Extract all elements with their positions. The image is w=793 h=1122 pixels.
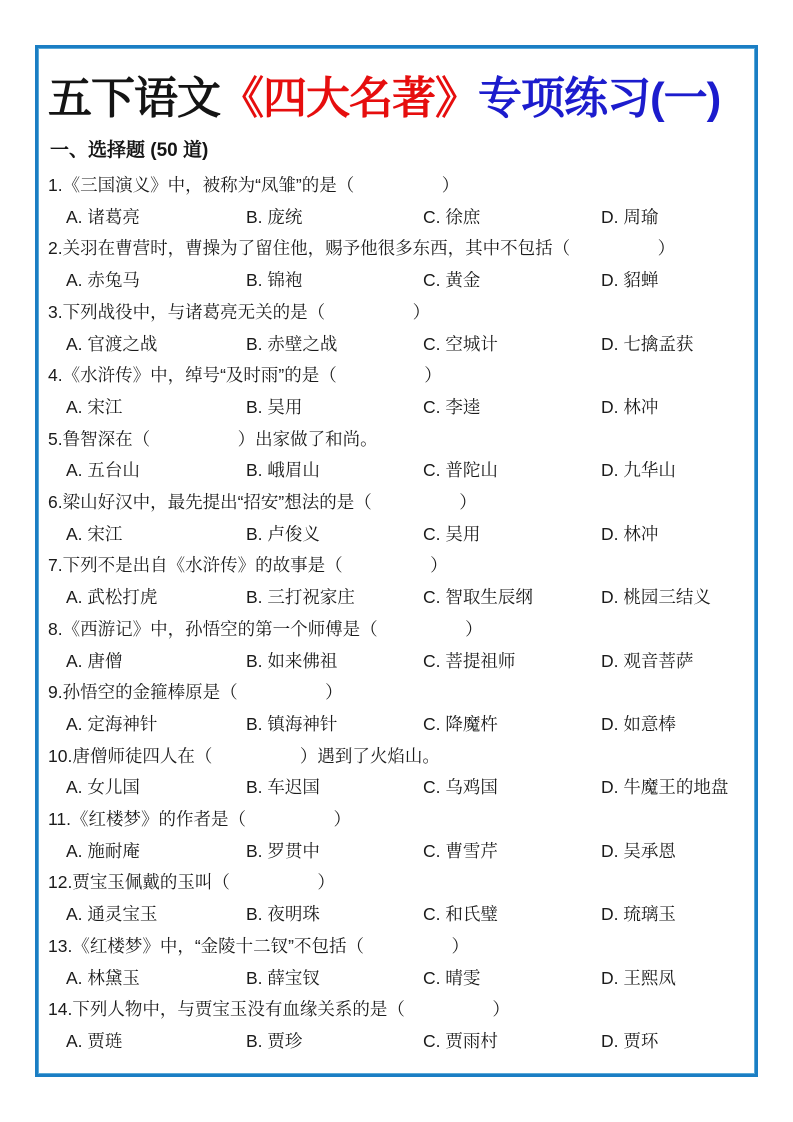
question-10: 10.唐僧师徒四人在（ ）遇到了火焰山。A. 女儿国B. 车迟国C. 乌鸡国D.… xyxy=(48,741,751,804)
question-text: 3.下列战役中，与诸葛亮无关的是（ ） xyxy=(48,297,751,329)
option-a: A. 唐僧 xyxy=(66,646,246,678)
options-row: A. 贾琏B. 贾珍C. 贾雨村D. 贾环 xyxy=(48,1026,751,1058)
options-row: A. 定海神针B. 镇海神针C. 降魔杵D. 如意棒 xyxy=(48,709,751,741)
options-row: A. 诸葛亮B. 庞统C. 徐庶D. 周瑜 xyxy=(48,202,751,234)
question-14: 14.下列人物中，与贾宝玉没有血缘关系的是（ ）A. 贾琏B. 贾珍C. 贾雨村… xyxy=(48,994,751,1057)
question-6: 6.梁山好汉中，最先提出“招安”想法的是（ ）A. 宋江B. 卢俊义C. 吴用D… xyxy=(48,487,751,550)
option-b: B. 峨眉山 xyxy=(246,455,423,487)
options-row: A. 赤兔马B. 锦袍C. 黄金D. 貂蝉 xyxy=(48,265,751,297)
option-d: D. 桃园三结义 xyxy=(601,582,751,614)
option-c: C. 智取生辰纲 xyxy=(423,582,601,614)
page-title: 五下语文《四大名著》专项练习(一) xyxy=(48,62,751,136)
options-row: A. 通灵宝玉B. 夜明珠C. 和氏璧D. 琉璃玉 xyxy=(48,899,751,931)
option-c: C. 普陀山 xyxy=(423,455,601,487)
options-row: A. 施耐庵B. 罗贯中C. 曹雪芹D. 吴承恩 xyxy=(48,836,751,868)
option-d: D. 吴承恩 xyxy=(601,836,751,868)
option-b: B. 镇海神针 xyxy=(246,709,423,741)
option-c: C. 和氏璧 xyxy=(423,899,601,931)
option-b: B. 车迟国 xyxy=(246,772,423,804)
option-d: D. 牛魔王的地盘 xyxy=(601,772,751,804)
option-d: D. 如意棒 xyxy=(601,709,751,741)
option-a: A. 定海神针 xyxy=(66,709,246,741)
options-row: A. 女儿国B. 车迟国C. 乌鸡国D. 牛魔王的地盘 xyxy=(48,772,751,804)
options-row: A. 五台山B. 峨眉山C. 普陀山D. 九华山 xyxy=(48,455,751,487)
option-a: A. 宋江 xyxy=(66,519,246,551)
option-c: C. 贾雨村 xyxy=(423,1026,601,1058)
question-text: 12.贾宝玉佩戴的玉叫（ ） xyxy=(48,867,751,899)
option-b: B. 庞统 xyxy=(246,202,423,234)
question-text: 14.下列人物中，与贾宝玉没有血缘关系的是（ ） xyxy=(48,994,751,1026)
options-row: A. 武松打虎B. 三打祝家庄C. 智取生辰纲D. 桃园三结义 xyxy=(48,582,751,614)
option-d: D. 观音菩萨 xyxy=(601,646,751,678)
option-a: A. 诸葛亮 xyxy=(66,202,246,234)
option-d: D. 貂蝉 xyxy=(601,265,751,297)
question-12: 12.贾宝玉佩戴的玉叫（ ）A. 通灵宝玉B. 夜明珠C. 和氏璧D. 琉璃玉 xyxy=(48,867,751,930)
option-a: A. 通灵宝玉 xyxy=(66,899,246,931)
question-text: 9.孙悟空的金箍棒原是（ ） xyxy=(48,677,751,709)
question-7: 7.下列不是出自《水浒传》的故事是（ ）A. 武松打虎B. 三打祝家庄C. 智取… xyxy=(48,550,751,613)
option-b: B. 锦袍 xyxy=(246,265,423,297)
option-b: B. 赤壁之战 xyxy=(246,329,423,361)
page-border-frame: 五下语文《四大名著》专项练习(一) 一、选择题 (50 道) 1.《三国演义》中… xyxy=(35,45,758,1077)
option-c: C. 乌鸡国 xyxy=(423,772,601,804)
question-text: 2.关羽在曹营时，曹操为了留住他，赐予他很多东西，其中不包括（ ） xyxy=(48,233,751,265)
question-1: 1.《三国演义》中，被称为“凤雏”的是（ ）A. 诸葛亮B. 庞统C. 徐庶D.… xyxy=(48,170,751,233)
option-c: C. 菩提祖师 xyxy=(423,646,601,678)
options-row: A. 林黛玉B. 薛宝钗C. 晴雯D. 王熙凤 xyxy=(48,963,751,995)
title-part-grade-subject: 五下语文 xyxy=(48,74,220,123)
option-b: B. 如来佛祖 xyxy=(246,646,423,678)
question-text: 4.《水浒传》中，绰号“及时雨”的是（ ） xyxy=(48,360,751,392)
question-text: 1.《三国演义》中，被称为“凤雏”的是（ ） xyxy=(48,170,751,202)
option-a: A. 赤兔马 xyxy=(66,265,246,297)
question-5: 5.鲁智深在（ ）出家做了和尚。A. 五台山B. 峨眉山C. 普陀山D. 九华山 xyxy=(48,424,751,487)
option-d: D. 九华山 xyxy=(601,455,751,487)
option-b: B. 罗贯中 xyxy=(246,836,423,868)
option-a: A. 宋江 xyxy=(66,392,246,424)
option-d: D. 林冲 xyxy=(601,519,751,551)
options-row: A. 唐僧B. 如来佛祖C. 菩提祖师D. 观音菩萨 xyxy=(48,646,751,678)
option-a: A. 武松打虎 xyxy=(66,582,246,614)
options-row: A. 宋江B. 吴用C. 李逵D. 林冲 xyxy=(48,392,751,424)
question-9: 9.孙悟空的金箍棒原是（ ）A. 定海神针B. 镇海神针C. 降魔杵D. 如意棒 xyxy=(48,677,751,740)
question-text: 6.梁山好汉中，最先提出“招安”想法的是（ ） xyxy=(48,487,751,519)
question-3: 3.下列战役中，与诸葛亮无关的是（ ）A. 官渡之战B. 赤壁之战C. 空城计D… xyxy=(48,297,751,360)
option-a: A. 贾琏 xyxy=(66,1026,246,1058)
option-d: D. 林冲 xyxy=(601,392,751,424)
question-text: 8.《西游记》中，孙悟空的第一个师傅是（ ） xyxy=(48,614,751,646)
option-a: A. 施耐庵 xyxy=(66,836,246,868)
question-4: 4.《水浒传》中，绰号“及时雨”的是（ ）A. 宋江B. 吴用C. 李逵D. 林… xyxy=(48,360,751,423)
option-a: A. 林黛玉 xyxy=(66,963,246,995)
option-c: C. 吴用 xyxy=(423,519,601,551)
option-b: B. 三打祝家庄 xyxy=(246,582,423,614)
option-c: C. 降魔杵 xyxy=(423,709,601,741)
option-c: C. 李逵 xyxy=(423,392,601,424)
option-c: C. 徐庶 xyxy=(423,202,601,234)
option-d: D. 周瑜 xyxy=(601,202,751,234)
option-b: B. 薛宝钗 xyxy=(246,963,423,995)
option-d: D. 琉璃玉 xyxy=(601,899,751,931)
option-d: D. 王熙凤 xyxy=(601,963,751,995)
option-c: C. 黄金 xyxy=(423,265,601,297)
question-list: 1.《三国演义》中，被称为“凤雏”的是（ ）A. 诸葛亮B. 庞统C. 徐庶D.… xyxy=(48,170,751,1058)
worksheet-page: 五下语文《四大名著》专项练习(一) 一、选择题 (50 道) 1.《三国演义》中… xyxy=(0,0,793,1122)
option-a: A. 五台山 xyxy=(66,455,246,487)
option-c: C. 曹雪芹 xyxy=(423,836,601,868)
options-row: A. 官渡之战B. 赤壁之战C. 空城计D. 七擒孟获 xyxy=(48,329,751,361)
option-b: B. 卢俊义 xyxy=(246,519,423,551)
option-d: D. 七擒孟获 xyxy=(601,329,751,361)
question-text: 10.唐僧师徒四人在（ ）遇到了火焰山。 xyxy=(48,741,751,773)
question-13: 13.《红楼梦》中，“金陵十二钗”不包括（ ）A. 林黛玉B. 薛宝钗C. 晴雯… xyxy=(48,931,751,994)
option-b: B. 夜明珠 xyxy=(246,899,423,931)
title-part-exercise-label: 专项练习(一) xyxy=(478,74,720,123)
options-row: A. 宋江B. 卢俊义C. 吴用D. 林冲 xyxy=(48,519,751,551)
option-b: B. 贾珍 xyxy=(246,1026,423,1058)
option-c: C. 空城计 xyxy=(423,329,601,361)
option-d: D. 贾环 xyxy=(601,1026,751,1058)
question-8: 8.《西游记》中，孙悟空的第一个师傅是（ ）A. 唐僧B. 如来佛祖C. 菩提祖… xyxy=(48,614,751,677)
section-header: 一、选择题 (50 道) xyxy=(50,138,751,164)
option-b: B. 吴用 xyxy=(246,392,423,424)
option-c: C. 晴雯 xyxy=(423,963,601,995)
question-text: 11.《红楼梦》的作者是（ ） xyxy=(48,804,751,836)
title-part-book-name: 《四大名著》 xyxy=(220,74,478,123)
option-a: A. 官渡之战 xyxy=(66,329,246,361)
question-2: 2.关羽在曹营时，曹操为了留住他，赐予他很多东西，其中不包括（ ）A. 赤兔马B… xyxy=(48,233,751,296)
question-11: 11.《红楼梦》的作者是（ ）A. 施耐庵B. 罗贯中C. 曹雪芹D. 吴承恩 xyxy=(48,804,751,867)
question-text: 7.下列不是出自《水浒传》的故事是（ ） xyxy=(48,550,751,582)
question-text: 13.《红楼梦》中，“金陵十二钗”不包括（ ） xyxy=(48,931,751,963)
option-a: A. 女儿国 xyxy=(66,772,246,804)
question-text: 5.鲁智深在（ ）出家做了和尚。 xyxy=(48,424,751,456)
